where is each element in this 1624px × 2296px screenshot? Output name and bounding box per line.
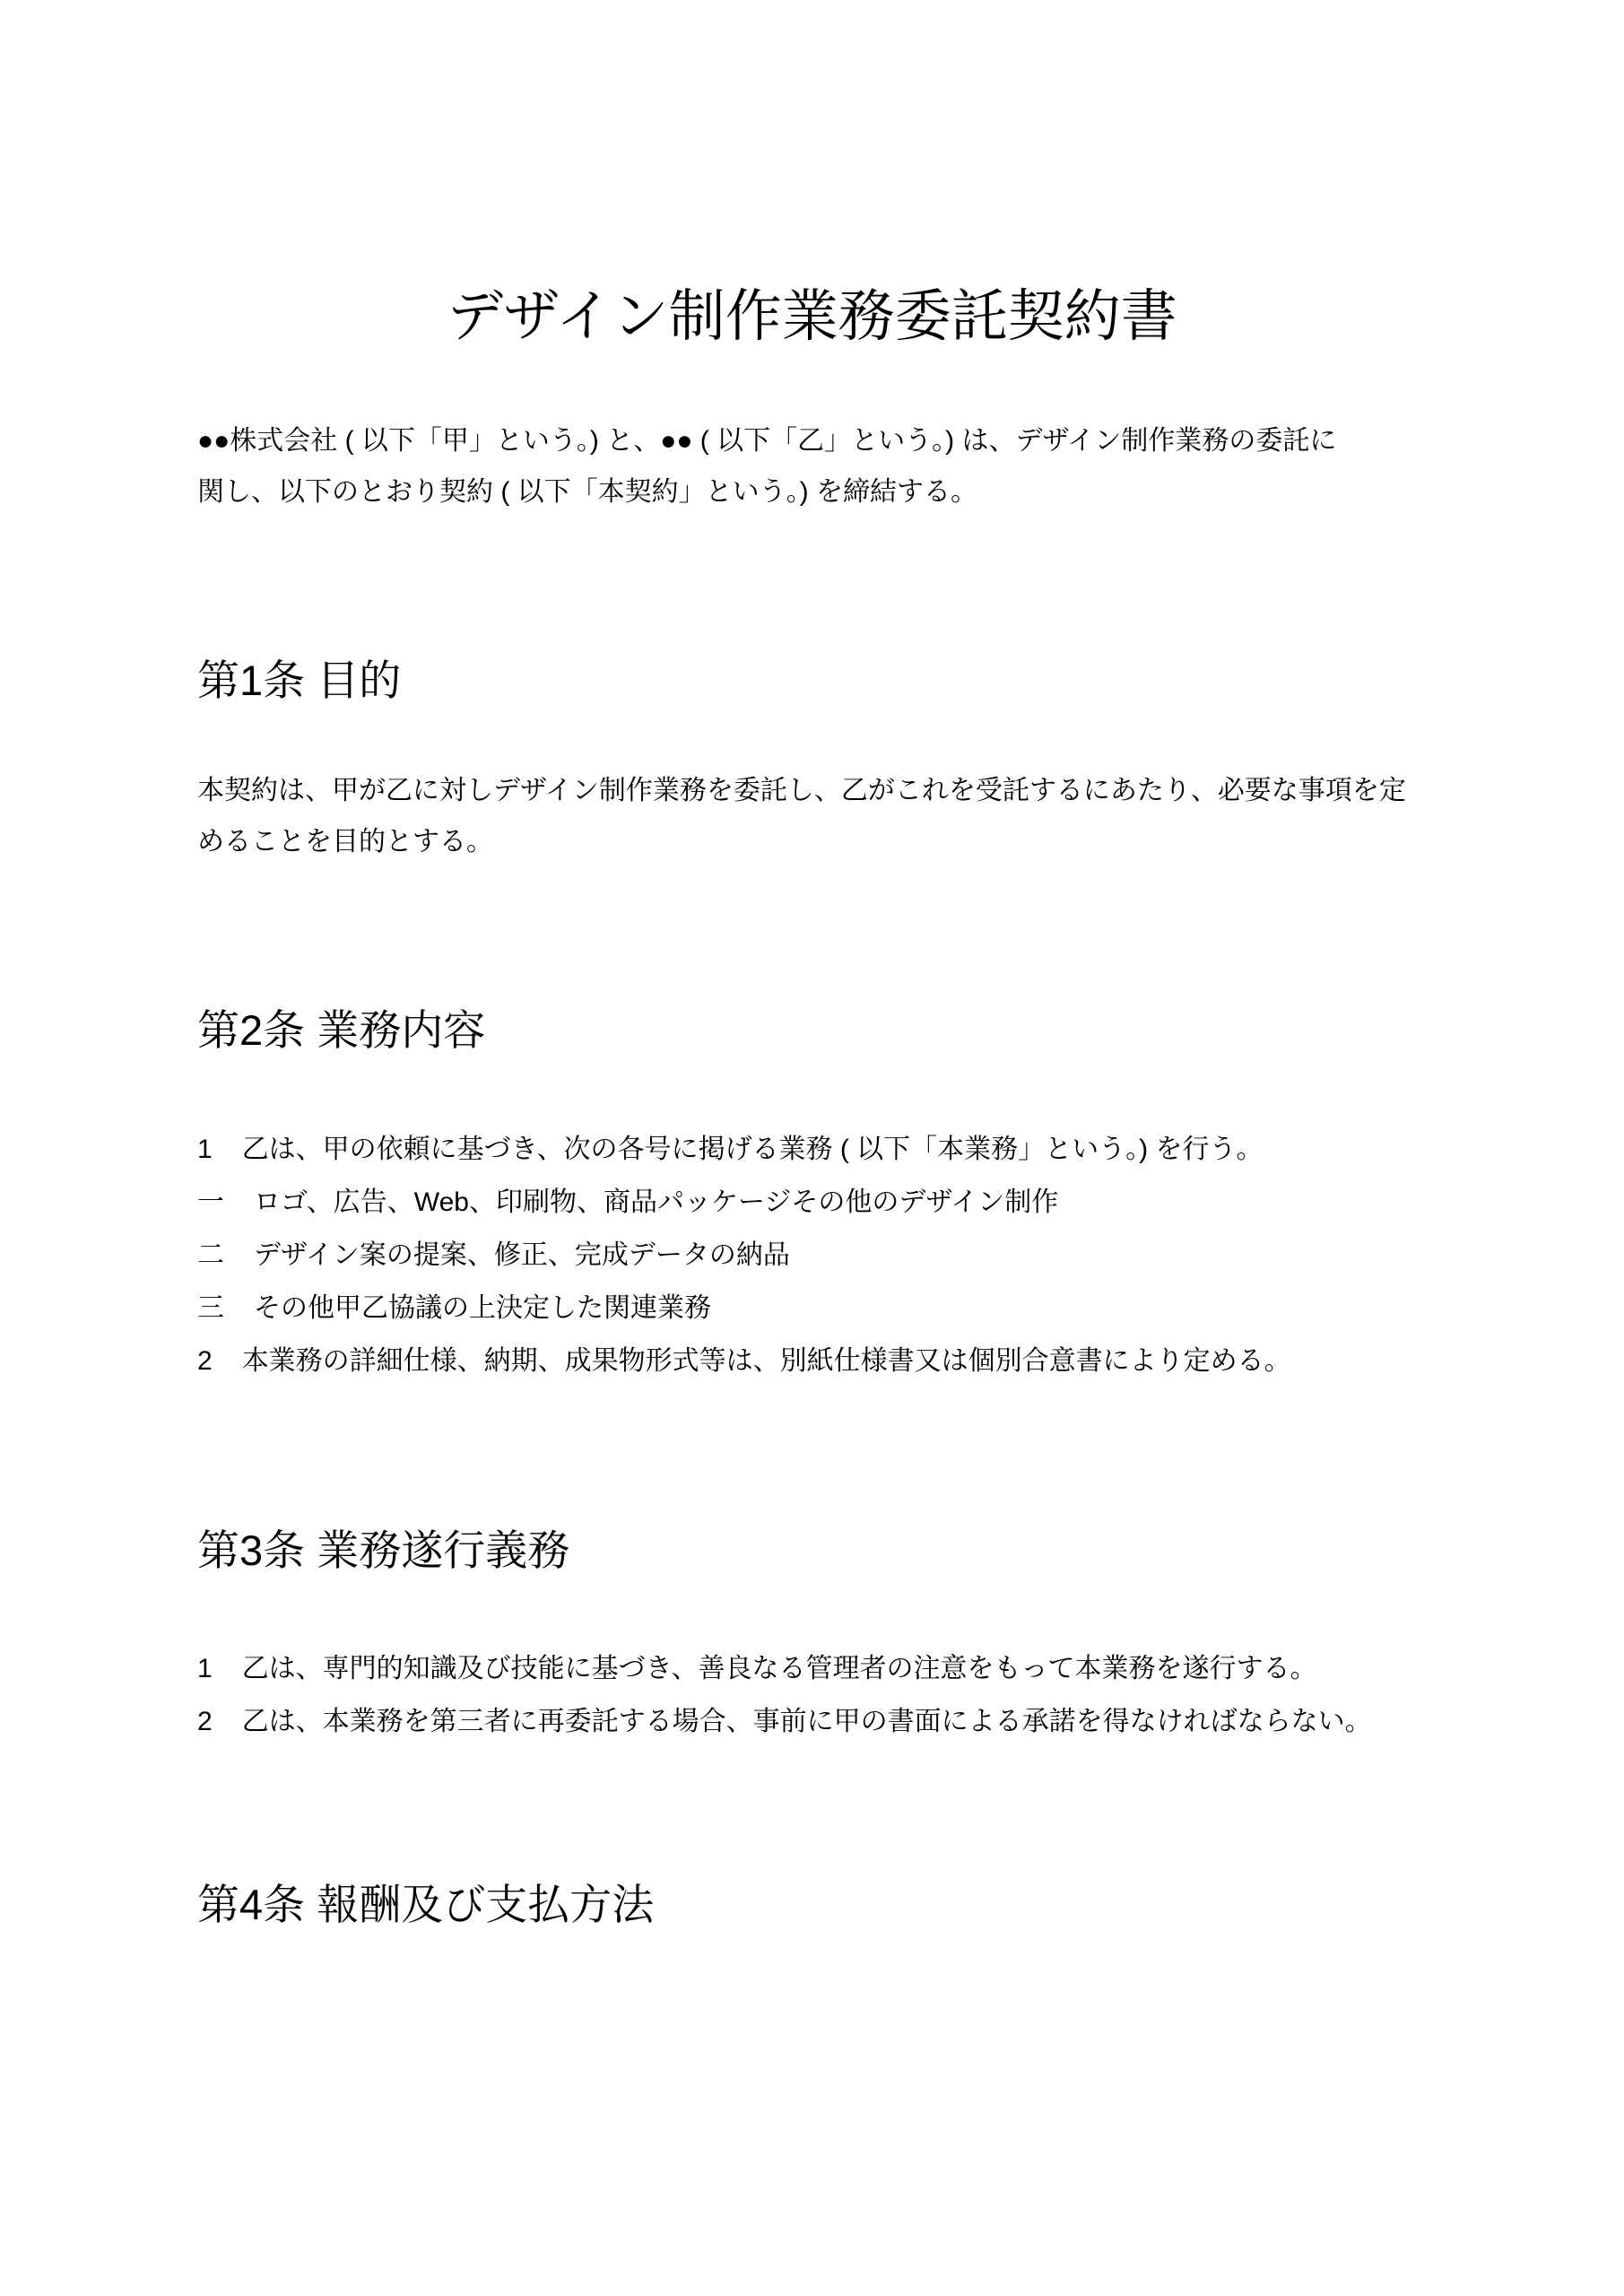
article-3-list: 1 乙は、専門的知識及び技能に基づき、善良なる管理者の注意をもって本業務を遂行す… (197, 1642, 1427, 1748)
list-item-marker: 二 (197, 1229, 224, 1282)
section-heading-article-1: 第1条 目的 (197, 656, 1427, 706)
paragraph-line: めることを目的とする。 (197, 816, 1427, 867)
article-1-paragraph: 本契約は、甲が乙に対しデザイン制作業務を委託し、乙がこれを受託するにあたり、必要… (197, 765, 1427, 867)
list-item-text: その他甲乙協議の上決定した関連業務 (254, 1282, 711, 1335)
section-heading-article-2: 第2条 業務内容 (197, 1005, 1427, 1056)
document-title: デザイン制作業務委託契約書 (197, 283, 1427, 350)
intro-line: ●●株式会社 ( 以下「甲」という。) と、●● ( 以下「乙」という。) は、… (197, 415, 1427, 466)
list-item-text: 乙は、甲の依頼に基づき、次の各号に掲げる業務 ( 以下「本業務」という。) を行… (242, 1123, 1264, 1176)
section-heading-article-3: 第3条 業務遂行義務 (197, 1526, 1427, 1576)
list-item: 2 本業務の詳細仕様、納期、成果物形式等は、別紙仕様書又は個別合意書により定める… (197, 1335, 1427, 1387)
list-item-marker: 2 (197, 1335, 213, 1387)
list-item-text: デザイン案の提案、修正、完成データの納品 (254, 1229, 790, 1282)
list-item: 1 乙は、甲の依頼に基づき、次の各号に掲げる業務 ( 以下「本業務」という。) … (197, 1123, 1427, 1176)
list-item: 一 ロゴ、広告、Web、印刷物、商品パッケージその他のデザイン制作 (197, 1176, 1427, 1229)
list-item-text: 乙は、専門的知識及び技能に基づき、善良なる管理者の注意をもって本業務を遂行する。 (242, 1642, 1317, 1695)
list-item-text: 乙は、本業務を第三者に再委託する場合、事前に甲の書面による承諾を得なければならな… (242, 1695, 1372, 1748)
list-item: 三 その他甲乙協議の上決定した関連業務 (197, 1282, 1427, 1335)
paragraph-line: 本契約は、甲が乙に対しデザイン制作業務を委託し、乙がこれを受託するにあたり、必要… (197, 765, 1427, 816)
list-item-text: 本業務の詳細仕様、納期、成果物形式等は、別紙仕様書又は個別合意書により定める。 (242, 1335, 1291, 1387)
list-item: 二 デザイン案の提案、修正、完成データの納品 (197, 1229, 1427, 1282)
list-item-text: ロゴ、広告、Web、印刷物、商品パッケージその他のデザイン制作 (254, 1176, 1058, 1229)
document-page: デザイン制作業務委託契約書 ●●株式会社 ( 以下「甲」という。) と、●● (… (0, 0, 1624, 2296)
list-item: 1 乙は、専門的知識及び技能に基づき、善良なる管理者の注意をもって本業務を遂行す… (197, 1642, 1427, 1695)
list-item-marker: 1 (197, 1642, 213, 1695)
intro-line: 関し、以下のとおり契約 ( 以下「本契約」という。) を締結する。 (197, 466, 1427, 517)
list-item-marker: 三 (197, 1282, 224, 1335)
intro-paragraph: ●●株式会社 ( 以下「甲」という。) と、●● ( 以下「乙」という。) は、… (197, 415, 1427, 517)
list-item-marker: 一 (197, 1176, 224, 1229)
list-item: 2 乙は、本業務を第三者に再委託する場合、事前に甲の書面による承諾を得なければな… (197, 1695, 1427, 1748)
article-2-list: 1 乙は、甲の依頼に基づき、次の各号に掲げる業務 ( 以下「本業務」という。) … (197, 1123, 1427, 1387)
section-heading-article-4: 第4条 報酬及び支払方法 (197, 1880, 1427, 1930)
list-item-marker: 2 (197, 1695, 213, 1748)
list-item-marker: 1 (197, 1123, 213, 1176)
